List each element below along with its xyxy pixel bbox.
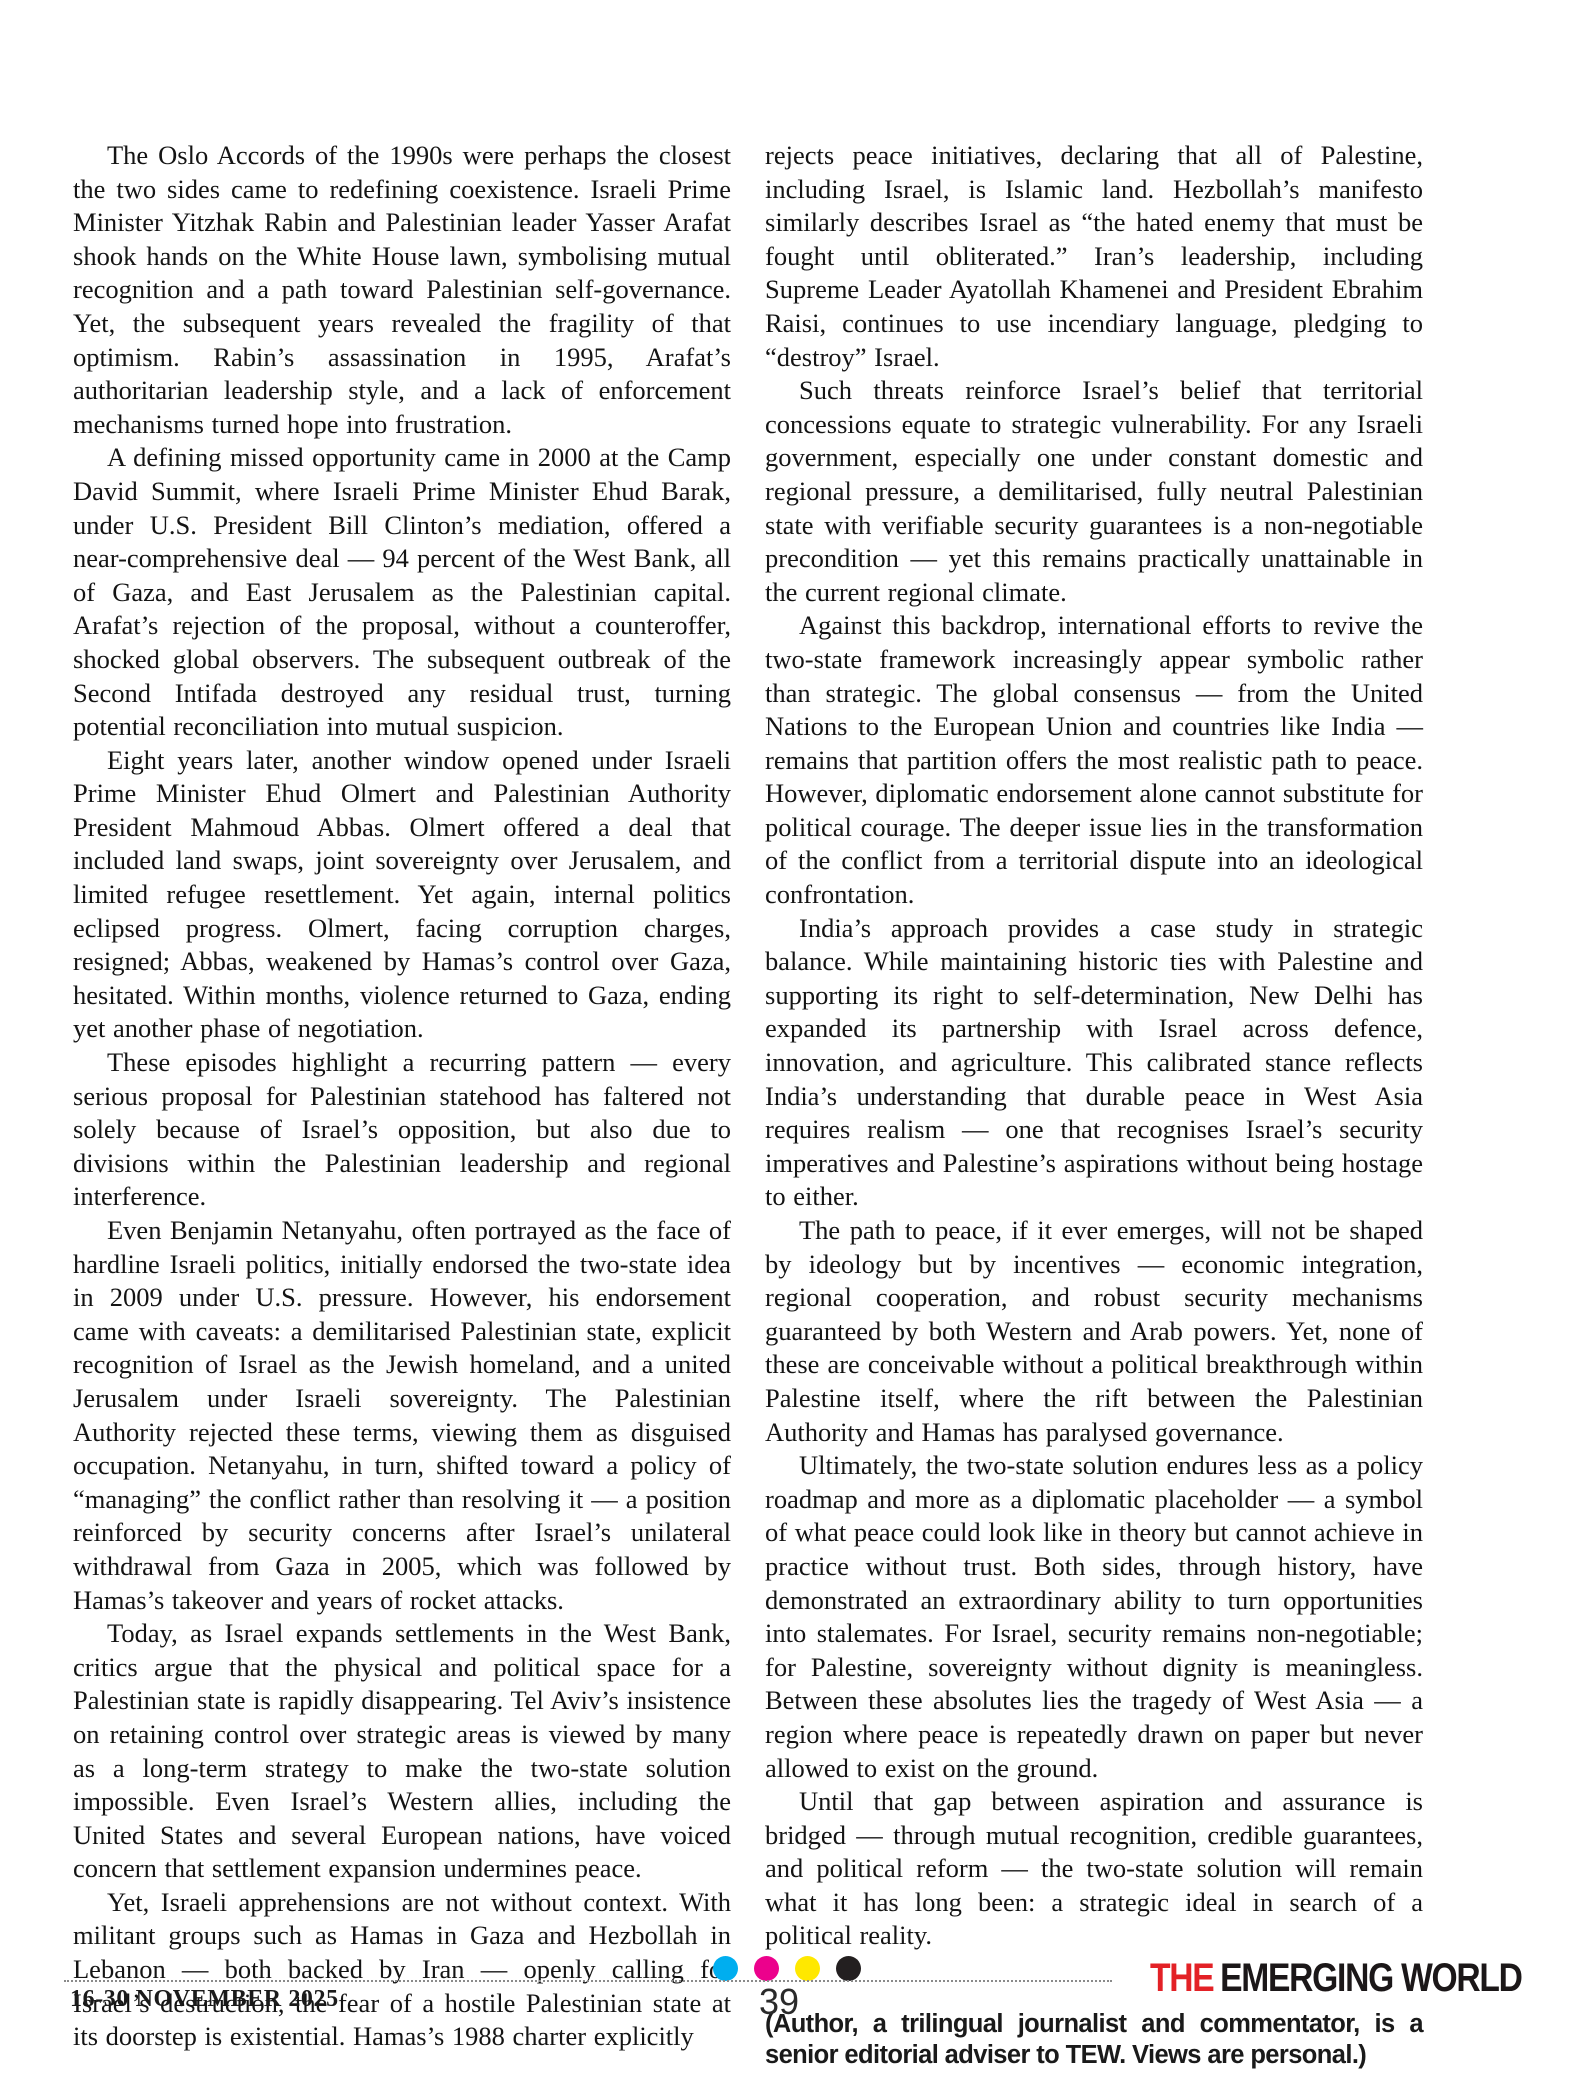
print-registration-dots xyxy=(713,1956,861,1981)
article-paragraph: These episodes highlight a recurring pat… xyxy=(73,1046,731,1214)
article-paragraph: The path to peace, if it ever emerges, w… xyxy=(765,1214,1423,1449)
page-number: 39 xyxy=(749,1984,809,2020)
registration-dot-black xyxy=(836,1956,861,1981)
article-paragraph: Against this backdrop, international eff… xyxy=(765,609,1423,911)
footer-divider xyxy=(64,1980,1112,1982)
registration-dot-yellow xyxy=(795,1956,820,1981)
article-paragraph: A defining missed opportunity came in 20… xyxy=(73,441,731,743)
publication-logo: THEEMERGING WORLD xyxy=(1150,1958,1522,1998)
magazine-page: The Oslo Accords of the 1990s were perha… xyxy=(0,0,1575,2087)
article-body: The Oslo Accords of the 1990s were perha… xyxy=(73,139,1423,2071)
left-column: The Oslo Accords of the 1990s were perha… xyxy=(73,139,731,2071)
article-paragraph: India’s approach provides a case study i… xyxy=(765,912,1423,1214)
article-paragraph: Yet, Israeli apprehensions are not witho… xyxy=(73,1886,731,2054)
article-paragraph: Ultimately, the two-state solution endur… xyxy=(765,1449,1423,1785)
right-column: rejects peace initiatives, declaring tha… xyxy=(765,139,1423,2071)
registration-dot-magenta xyxy=(754,1956,779,1981)
article-paragraph-continuation: rejects peace initiatives, declaring tha… xyxy=(765,139,1423,374)
article-paragraph: Even Benjamin Netanyahu, often portrayed… xyxy=(73,1214,731,1617)
logo-word-emerging-world: EMERGING WORLD xyxy=(1220,1956,1522,2000)
author-note: (Author, a trilingual journalist and com… xyxy=(765,2009,1423,2071)
registration-dot-cyan xyxy=(713,1956,738,1981)
article-paragraph: Such threats reinforce Israel’s belief t… xyxy=(765,374,1423,609)
article-paragraph: Today, as Israel expands settlements in … xyxy=(73,1617,731,1886)
logo-word-the: THE xyxy=(1150,1956,1213,2000)
article-paragraph: Eight years later, another window opened… xyxy=(73,744,731,1046)
article-paragraph: Until that gap between aspiration and as… xyxy=(765,1785,1423,1953)
article-paragraph: The Oslo Accords of the 1990s were perha… xyxy=(73,139,731,441)
issue-date: 16-30 NOVEMBER 2025 xyxy=(70,1986,339,2013)
